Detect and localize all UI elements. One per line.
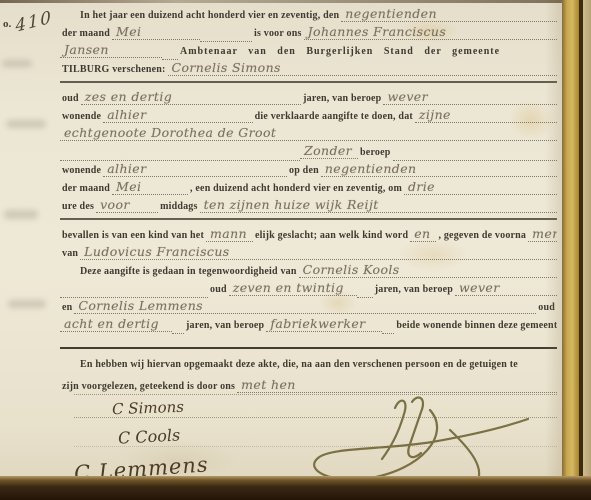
printed-text: jaren, van beroep	[301, 93, 383, 104]
form-line: oudzeven en twintigjaren, van beroepweve…	[60, 280, 557, 298]
blank-line	[172, 316, 184, 334]
witness-signature: C Simons	[112, 398, 185, 418]
form-line: enCornelis Lemmensoud	[60, 298, 557, 316]
form-line: echtgenoote Dorothea de Groot	[60, 125, 557, 143]
form-line: wonendealhierdie verklaarde aangifte te …	[60, 107, 557, 125]
act-number: o.410	[3, 12, 54, 32]
form-line: En hebben wij hiervan opgemaakt deze akt…	[60, 359, 557, 377]
handwritten-entry: Zonder	[300, 143, 358, 159]
handwritten-entry: wever	[455, 280, 557, 296]
form-line: Zonderberoep	[60, 143, 557, 161]
page-curve-shadow	[545, 0, 563, 500]
witness-signature: C Cools	[118, 425, 181, 447]
blank-line	[162, 42, 178, 60]
printed-text: oud	[60, 93, 81, 104]
blank-line	[60, 143, 300, 161]
form-line: JansenAmbtenaar van den Burgerlijken Sta…	[60, 42, 557, 60]
page-edge-strip	[562, 0, 579, 500]
printed-text: Ambtenaar van den Burgerlijken Stand der…	[178, 46, 502, 57]
printed-text: En hebben wij hiervan opgemaakt deze akt…	[78, 359, 520, 370]
blank-line	[393, 143, 557, 161]
printed-text: In het jaar een duizend acht honderd vie…	[78, 10, 341, 21]
printed-text: ure des	[60, 201, 96, 212]
printed-text: beide wonende binnen deze gemeente.	[394, 320, 557, 331]
handwritten-entry: Cornelis Kools	[299, 262, 557, 278]
handwritten-entry: zijne	[415, 107, 557, 123]
printed-text: , een duizend acht honderd vier en zeven…	[188, 183, 404, 194]
printed-text: jaren, van beroep	[373, 284, 455, 295]
printed-text: bevallen is van een kind van het	[60, 230, 206, 241]
form-line: Deze aangifte is gedaan in tegenwoordigh…	[60, 262, 557, 280]
handwritten-entry: acht en dertig	[60, 316, 172, 332]
printed-text: is voor ons	[252, 28, 304, 39]
printed-text: jaren, van beroep	[184, 320, 266, 331]
printed-text: oud	[208, 284, 229, 295]
blank-line	[60, 280, 208, 298]
form-line: oudzes en dertigjaren, van beroepwever	[60, 89, 557, 107]
handwritten-entry: Cornelis Simons	[168, 60, 557, 76]
section-rule	[60, 218, 557, 221]
handwritten-entry: alhier	[103, 107, 252, 123]
handwritten-entry: drie	[404, 179, 557, 195]
printed-text: wonende	[60, 165, 103, 176]
handwritten-entry: Johannes Franciscus	[304, 24, 557, 40]
handwritten-entry: mann	[206, 226, 253, 242]
ink-bleedthrough	[6, 120, 46, 128]
form-line: bevallen is van een kind van hetmannelij…	[60, 226, 557, 244]
handwritten-entry: wever	[383, 89, 557, 105]
handwritten-entry: Mei	[112, 24, 200, 40]
handwritten-entry: zes en dertig	[81, 89, 301, 105]
ink-bleedthrough	[4, 210, 38, 219]
form-line: acht en dertigjaren, van beroepfabriekwe…	[60, 316, 557, 334]
form-line: wonendealhierop dennegentienden	[60, 161, 557, 179]
printed-text: van	[60, 248, 80, 259]
handwritten-entry: echtgenoote Dorothea de Groot	[60, 125, 557, 141]
handwritten-entry: Mei	[112, 179, 188, 195]
handwritten-entry: negentienden	[341, 6, 557, 22]
printed-text: TILBURG verschenen:	[60, 64, 168, 75]
handwritten-entry: Jansen	[60, 42, 162, 58]
blank-line	[357, 280, 373, 298]
handwritten-entry: fabriekwerker	[266, 316, 382, 332]
handwritten-entry: voor	[96, 197, 158, 213]
scanned-birth-record: o.410 In het jaar een duizend acht honde…	[0, 0, 591, 500]
printed-text: wonende	[60, 111, 103, 122]
form-line: In het jaar een duizend acht honderd vie…	[60, 6, 557, 24]
handwritten-entry: Ludovicus Franciscus	[80, 244, 557, 260]
printed-text: die verklaarde aangifte te doen, dat	[253, 111, 415, 122]
handwritten-entry: Cornelis Lemmens	[74, 298, 536, 314]
form-line: vanLudovicus Franciscus	[60, 244, 557, 262]
blank-line	[382, 316, 394, 334]
scan-top-edge	[0, 0, 591, 3]
printed-text: en	[60, 302, 74, 313]
printed-text: middags	[158, 201, 200, 212]
section-rule	[60, 81, 557, 84]
printed-text: der maand	[60, 28, 112, 39]
section-rule	[60, 347, 557, 350]
blank-line	[200, 24, 252, 42]
book-binding-edge	[0, 476, 591, 500]
printed-text: beroep	[358, 147, 392, 158]
act-body: In het jaar een duizend acht honderd vie…	[60, 6, 557, 395]
handwritten-entry: negentienden	[321, 161, 557, 177]
printed-text: op den	[287, 165, 321, 176]
form-line: ure desvoormiddagsten zijnen huize wijk …	[60, 197, 557, 215]
act-number-value: 410	[15, 7, 54, 37]
printed-text: elijk geslacht; aan welk kind word	[253, 230, 410, 241]
ink-bleedthrough	[2, 60, 32, 67]
handwritten-entry: en	[410, 226, 436, 242]
form-line: der maandMei, een duizend acht honderd v…	[60, 179, 557, 197]
form-line: TILBURG verschenen:Cornelis Simons	[60, 60, 557, 78]
handwritten-entry: zeven en twintig	[229, 280, 357, 296]
form-line: der maandMeiis voor onsJohannes Francisc…	[60, 24, 557, 42]
printed-text: Deze aangifte is gedaan in tegenwoordigh…	[78, 266, 299, 277]
page-edge-outer	[583, 0, 591, 500]
handwritten-entry: ten zijnen huize wijk Reijt	[200, 197, 557, 213]
act-number-label: o.	[3, 18, 11, 30]
ink-bleedthrough	[8, 300, 46, 308]
printed-text: der maand	[60, 183, 112, 194]
printed-text: , gegeven de voorna	[436, 230, 528, 241]
handwritten-entry: alhier	[103, 161, 287, 177]
